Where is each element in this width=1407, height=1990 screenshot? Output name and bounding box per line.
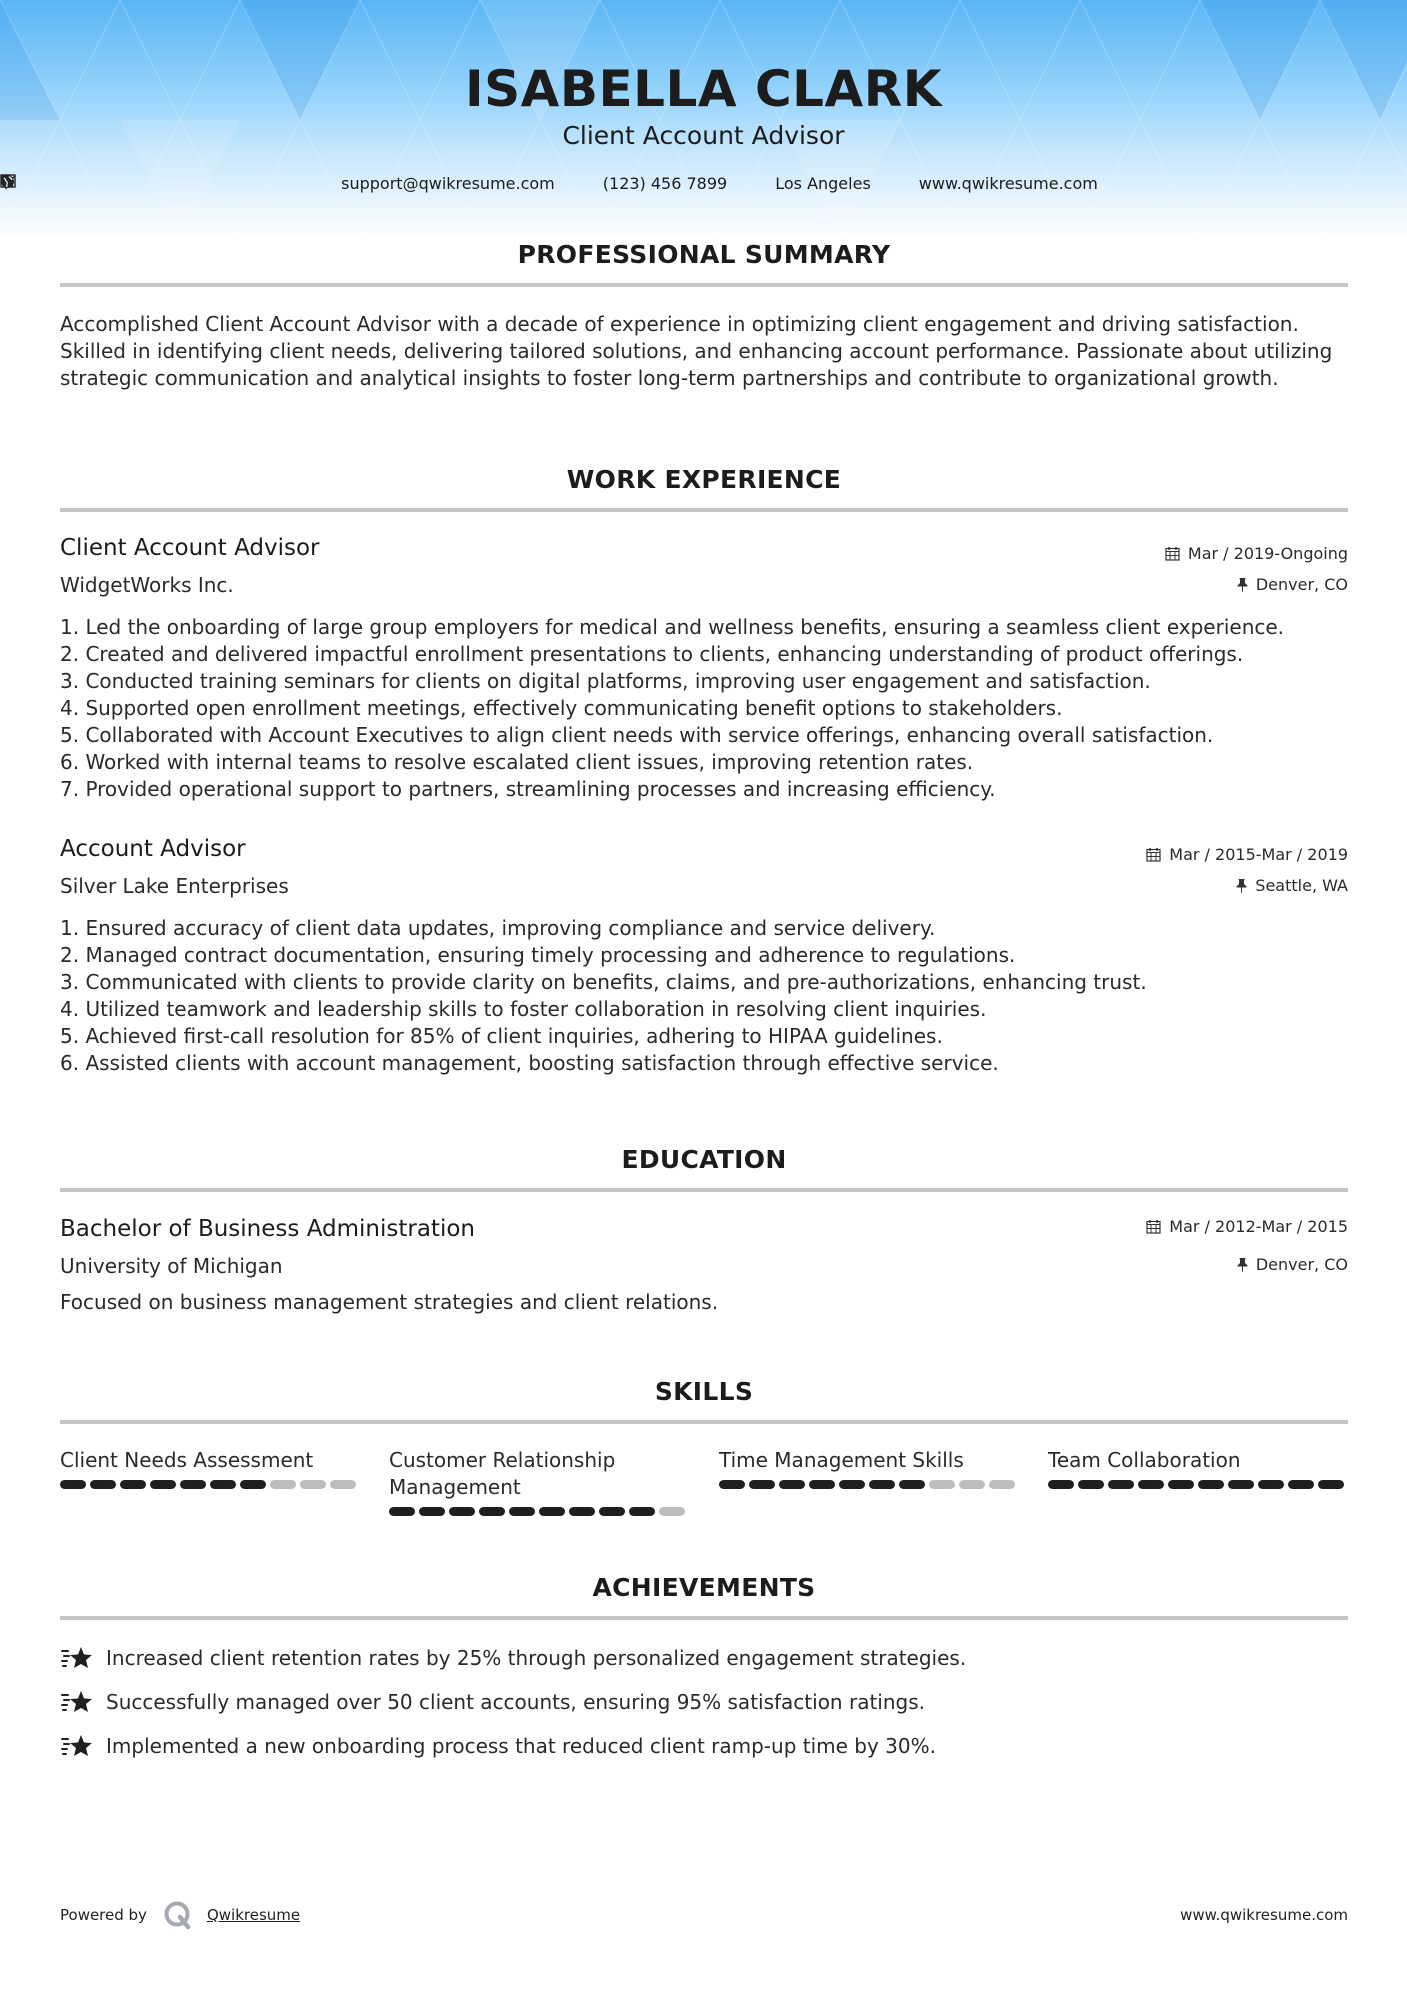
skill-name: Team Collaboration [1048, 1447, 1348, 1474]
rating-dot-filled [240, 1480, 266, 1489]
rating-dot-filled [449, 1507, 475, 1516]
education-description: Focused on business management strategie… [60, 1289, 1350, 1316]
rating-dot-filled [180, 1480, 206, 1489]
skill-rating [389, 1507, 689, 1516]
bullet-item: 1. Led the onboarding of large group emp… [60, 614, 1360, 641]
achievement-text: Implemented a new onboarding process tha… [106, 1734, 936, 1758]
rating-dot-filled [419, 1507, 445, 1516]
calendar-icon [1146, 1219, 1161, 1234]
section-divider [60, 1188, 1348, 1192]
job-dates: Mar / 2019-Ongoing [1165, 544, 1348, 563]
job-bullets: 1. Ensured accuracy of client data updat… [60, 915, 1360, 1077]
skill-name: Customer Relationship Management [389, 1447, 649, 1501]
job-location: Seattle, WA [1236, 876, 1348, 895]
contact-bar: support@qwikresume.com (123) 456 7899 Lo… [0, 174, 1407, 193]
contact-email[interactable]: support@qwikresume.com [309, 174, 555, 193]
bullet-item: 5. Collaborated with Account Executives … [60, 722, 1360, 749]
rating-dot-filled [150, 1480, 176, 1489]
qwikresume-logo-icon [163, 1900, 193, 1930]
job-company: Silver Lake Enterprises [60, 874, 289, 898]
rating-dot-filled [599, 1507, 625, 1516]
section-divider [60, 508, 1348, 512]
achievement-item: Implemented a new onboarding process tha… [60, 1733, 936, 1759]
qwikresume-link[interactable]: Qwikresume [207, 1906, 300, 1924]
bullet-item: 2. Managed contract documentation, ensur… [60, 942, 1360, 969]
skill-rating [719, 1480, 1019, 1489]
candidate-role: Client Account Advisor [0, 121, 1407, 150]
rating-dot-filled [809, 1480, 835, 1489]
footer-website[interactable]: www.qwikresume.com [1180, 1906, 1348, 1924]
section-divider [60, 1616, 1348, 1620]
section-title-education: EDUCATION [60, 1145, 1348, 1174]
pushpin-icon [1236, 878, 1247, 893]
rating-dot-filled [1318, 1480, 1344, 1489]
contact-location: Los Angeles [743, 174, 871, 193]
rating-dot-filled [1138, 1480, 1164, 1489]
bullet-item: 3. Communicated with clients to provide … [60, 969, 1360, 996]
bullet-item: 6. Assisted clients with account managem… [60, 1050, 1360, 1077]
rating-dot-filled [389, 1507, 415, 1516]
rating-dot-filled [569, 1507, 595, 1516]
rating-dot-filled [629, 1507, 655, 1516]
rating-dot-empty [330, 1480, 356, 1489]
job-dates: Mar / 2015-Mar / 2019 [1146, 845, 1348, 864]
section-title-experience: WORK EXPERIENCE [60, 465, 1348, 494]
skill-name: Time Management Skills [719, 1447, 1019, 1474]
job-location: Denver, CO [1237, 575, 1348, 594]
job-company: WidgetWorks Inc. [60, 573, 234, 597]
rating-dot-filled [779, 1480, 805, 1489]
achievement-item: Increased client retention rates by 25% … [60, 1645, 966, 1671]
achievement-text: Increased client retention rates by 25% … [106, 1646, 966, 1670]
rating-dot-filled [90, 1480, 116, 1489]
summary-text: Accomplished Client Account Advisor with… [60, 311, 1350, 392]
rating-dot-filled [509, 1507, 535, 1516]
contact-website[interactable]: www.qwikresume.com [887, 174, 1098, 193]
rating-dot-filled [1048, 1480, 1074, 1489]
star-icon [60, 1733, 94, 1759]
rating-dot-empty [300, 1480, 326, 1489]
skill-item: Time Management Skills [719, 1447, 1019, 1489]
contact-phone[interactable]: (123) 456 7899 [571, 174, 727, 193]
rating-dot-filled [539, 1507, 565, 1516]
rating-dot-filled [899, 1480, 925, 1489]
rating-dot-filled [1198, 1480, 1224, 1489]
pushpin-icon [1237, 577, 1248, 592]
bullet-item: 2. Created and delivered impactful enrol… [60, 641, 1360, 668]
rating-dot-filled [1078, 1480, 1104, 1489]
triangle-pattern-background [0, 0, 1407, 240]
bullet-item: 4. Supported open enrollment meetings, e… [60, 695, 1360, 722]
section-divider [60, 283, 1348, 287]
calendar-icon [1165, 546, 1180, 561]
bullet-item: 7. Provided operational support to partn… [60, 776, 1360, 803]
rating-dot-filled [210, 1480, 236, 1489]
rating-dot-empty [659, 1507, 685, 1516]
section-divider [60, 1420, 1348, 1424]
header-banner: ISABELLA CLARK Client Account Advisor su… [0, 0, 1407, 240]
job-bullets: 1. Led the onboarding of large group emp… [60, 614, 1360, 803]
skill-item: Team Collaboration [1048, 1447, 1348, 1489]
rating-dot-filled [1288, 1480, 1314, 1489]
rating-dot-filled [719, 1480, 745, 1489]
education-degree: Bachelor of Business Administration [60, 1216, 475, 1242]
star-icon [60, 1645, 94, 1671]
phone-icon [571, 175, 589, 193]
skill-item: Customer Relationship Management [389, 1447, 689, 1516]
bullet-item: 1. Ensured accuracy of client data updat… [60, 915, 1360, 942]
star-icon [60, 1689, 94, 1715]
envelope-icon [309, 175, 327, 193]
skill-rating [1048, 1480, 1348, 1489]
skill-name: Client Needs Assessment [60, 1447, 360, 1474]
bullet-item: 6. Worked with internal teams to resolve… [60, 749, 1360, 776]
rating-dot-filled [120, 1480, 146, 1489]
achievement-text: Successfully managed over 50 client acco… [106, 1690, 925, 1714]
achievement-item: Successfully managed over 50 client acco… [60, 1689, 925, 1715]
education-location: Denver, CO [1237, 1255, 1348, 1274]
rating-dot-empty [989, 1480, 1015, 1489]
education-dates: Mar / 2012-Mar / 2015 [1146, 1217, 1348, 1236]
pushpin-icon [1237, 1257, 1248, 1272]
rating-dot-filled [1228, 1480, 1254, 1489]
calendar-icon [1146, 847, 1161, 862]
job-title: Account Advisor [60, 836, 246, 862]
education-school: University of Michigan [60, 1254, 283, 1278]
globe-icon [887, 175, 905, 193]
bullet-item: 4. Utilized teamwork and leadership skil… [60, 996, 1360, 1023]
rating-dot-filled [60, 1480, 86, 1489]
skill-item: Client Needs Assessment [60, 1447, 360, 1489]
candidate-name: ISABELLA CLARK [0, 60, 1407, 118]
rating-dot-filled [1168, 1480, 1194, 1489]
rating-dot-filled [839, 1480, 865, 1489]
rating-dot-filled [749, 1480, 775, 1489]
rating-dot-filled [479, 1507, 505, 1516]
rating-dot-filled [1258, 1480, 1284, 1489]
rating-dot-filled [869, 1480, 895, 1489]
powered-by: Powered by Qwikresume [60, 1900, 300, 1930]
rating-dot-empty [270, 1480, 296, 1489]
job-title: Client Account Advisor [60, 535, 320, 561]
section-title-summary: PROFESSIONAL SUMMARY [60, 240, 1348, 269]
bullet-item: 3. Conducted training seminars for clien… [60, 668, 1360, 695]
section-title-achievements: ACHIEVEMENTS [60, 1573, 1348, 1602]
section-title-skills: SKILLS [60, 1377, 1348, 1406]
rating-dot-empty [929, 1480, 955, 1489]
map-pin-icon [743, 175, 761, 193]
rating-dot-empty [959, 1480, 985, 1489]
skill-rating [60, 1480, 360, 1489]
rating-dot-filled [1108, 1480, 1134, 1489]
powered-by-label: Powered by [60, 1906, 147, 1924]
bullet-item: 5. Achieved first-call resolution for 85… [60, 1023, 1360, 1050]
